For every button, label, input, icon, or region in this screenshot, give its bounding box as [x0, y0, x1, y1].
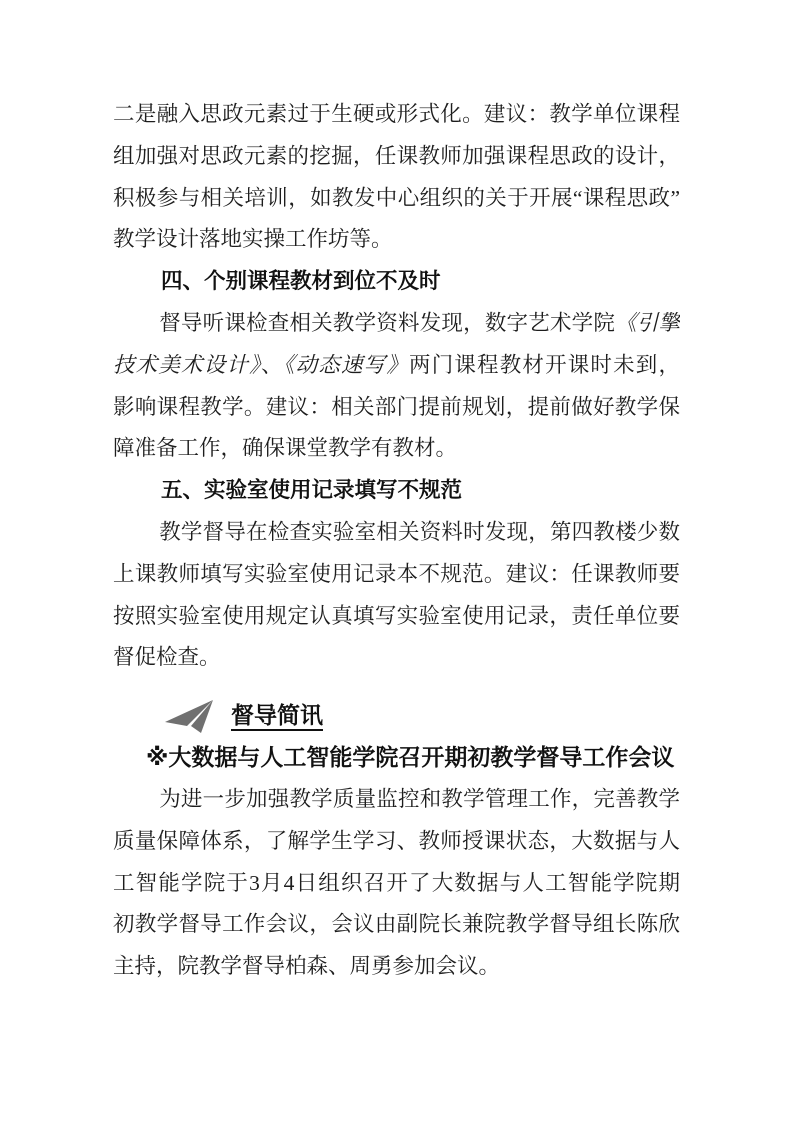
news-headline-meeting: ※大数据与人工智能学院召开期初教学督导工作会议: [113, 737, 680, 779]
text-line: 主持，院教学督导柏森、周勇参加会议。: [113, 946, 680, 988]
text-segment: 主持，院教学督导柏森、周勇参加会议。: [113, 954, 500, 978]
text-line: 组加强对思政元素的挖掘，任课教师加强课程思政的设计，: [113, 136, 680, 178]
book-title: 技术美术设计》: [113, 353, 261, 377]
paper-plane-icon: [163, 697, 215, 735]
paragraph-meeting-report: 为进一步加强教学质量监控和教学管理工作，完善教学质量保障体系，了解学生学习、教师…: [113, 779, 680, 988]
section-heading-4-textbooks: 四、个别课程教材到位不及时: [113, 261, 680, 303]
text-segment: 为进一步加强教学质量监控和教学管理工作，完善教学: [159, 787, 680, 811]
text-segment: 上课教师填写实验室使用记录本不规范。建议：任课教师要: [113, 562, 680, 586]
text-line: 障准备工作，确保课堂教学有教材。: [113, 428, 680, 470]
text-line: 教学设计落地实操工作坊等。: [113, 219, 680, 261]
text-line: 影响课程教学。建议：相关部门提前规划，提前做好教学保: [113, 387, 680, 429]
text-segment: 积极参与相关培训，如教发中心组织的关于开展“课程思政”: [113, 186, 680, 210]
text-segment: 初教学督导工作会议，会议由副院长兼院教学督导组长陈欣: [113, 912, 680, 936]
text-line: 积极参与相关培训，如教发中心组织的关于开展“课程思政”: [113, 178, 680, 220]
brief-section-title: 督导简讯: [231, 695, 323, 737]
paragraph-textbooks-not-arrived: 督导听课检查相关教学资料发现，数字艺术学院《引擎技术美术设计》、《动态速写》两门…: [113, 303, 680, 470]
text-line: 二是融入思政元素过于生硬或形式化。建议：教学单位课程: [113, 94, 680, 136]
document-page: 二是融入思政元素过于生硬或形式化。建议：教学单位课程组加强对思政元素的挖掘，任课…: [0, 0, 793, 1122]
text-line: 质量保障体系，了解学生学习、教师授课状态，大数据与人: [113, 821, 680, 863]
book-title: 《引擎: [615, 311, 680, 335]
text-line: 工智能学院于3月4日组织召开了大数据与人工智能学院期: [113, 863, 680, 905]
text-line: 督导听课检查相关教学资料发现，数字艺术学院《引擎: [113, 303, 680, 345]
document-body: 二是融入思政元素过于生硬或形式化。建议：教学单位课程组加强对思政元素的挖掘，任课…: [113, 94, 680, 988]
brief-section-header: 督导简讯: [113, 695, 680, 737]
text-segment: 按照实验室使用规定认真填写实验室使用记录，责任单位要: [113, 604, 680, 628]
text-line: 督促检查。: [113, 637, 680, 679]
paragraph-lab-record-filling: 教学督导在检查实验室相关资料时发现，第四教楼少数上课教师填写实验室使用记录本不规…: [113, 512, 680, 679]
book-title: 《动态速写》: [284, 353, 409, 377]
text-line: 为进一步加强教学质量监控和教学管理工作，完善教学: [113, 779, 680, 821]
text-segment: 质量保障体系，了解学生学习、教师授课状态，大数据与人: [113, 829, 680, 853]
text-segment: 二是融入思政元素过于生硬或形式化。建议：教学单位课程: [113, 102, 680, 126]
text-segment: 教学督导在检查实验室相关资料时发现，第四教楼少数: [159, 520, 680, 544]
text-segment: 影响课程教学。建议：相关部门提前规划，提前做好教学保: [113, 395, 680, 419]
text-segment: 教学设计落地实操工作坊等。: [113, 227, 393, 251]
text-line: 按照实验室使用规定认真填写实验室使用记录，责任单位要: [113, 596, 680, 638]
text-segment: 督促检查。: [113, 645, 221, 669]
text-line: 技术美术设计》、《动态速写》两门课程教材开课时未到，: [113, 345, 680, 387]
text-segment: 工智能学院于3月4日组织召开了大数据与人工智能学院期: [113, 871, 680, 895]
text-segment: 、: [261, 353, 284, 377]
text-segment: 障准备工作，确保课堂教学有教材。: [113, 436, 457, 460]
text-segment: 两门课程教材开课时未到，: [409, 353, 680, 377]
text-line: 上课教师填写实验室使用记录本不规范。建议：任课教师要: [113, 554, 680, 596]
text-segment: 督导听课检查相关教学资料发现，数字艺术学院: [159, 311, 615, 335]
text-line: 初教学督导工作会议，会议由副院长兼院教学督导组长陈欣: [113, 904, 680, 946]
text-segment: 组加强对思政元素的挖掘，任课教师加强课程思政的设计，: [113, 144, 680, 168]
section-heading-5-lab-records: 五、实验室使用记录填写不规范: [113, 470, 680, 512]
paragraph-course-ideology-suggestion: 二是融入思政元素过于生硬或形式化。建议：教学单位课程组加强对思政元素的挖掘，任课…: [113, 94, 680, 261]
text-line: 教学督导在检查实验室相关资料时发现，第四教楼少数: [113, 512, 680, 554]
